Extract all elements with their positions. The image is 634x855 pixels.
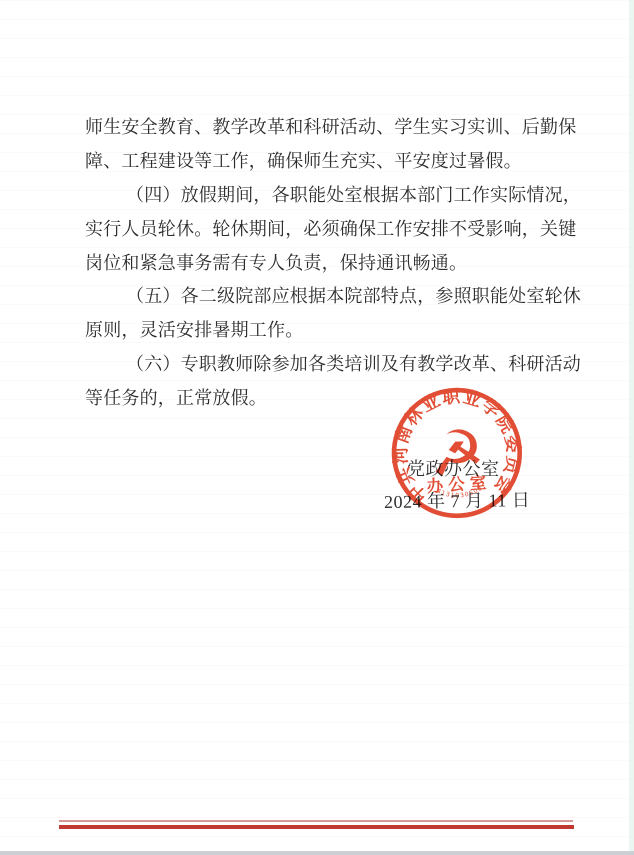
footer-rule-dark (59, 825, 574, 829)
page-right-edge-shadow (629, 0, 634, 855)
text-line: 岗位和紧急事务需有专人负责，保持通讯畅通。 (85, 247, 567, 281)
text-line: 师生安全教育、教学改革和科研活动、学生实习实训、后勤保 (85, 111, 567, 145)
text-line: （六）专职教师除参加各类培训及有教学改革、科研活动 (85, 348, 567, 382)
text-line: （四）放假期间，各职能处室根据本部门工作实际情况， (85, 179, 567, 213)
text-line: 原则，灵活安排暑期工作。 (85, 314, 567, 348)
official-seal: 中共河南林业职业学院委员会 ☭ 办公室 41310305088 (383, 381, 530, 528)
text-line: 障、工程建设等工作，确保师生充实、平安度过暑假。 (85, 145, 567, 179)
body-text: 师生安全教育、教学改革和科研活动、学生实习实训、后勤保 障、工程建设等工作，确保… (85, 111, 567, 416)
text-line: （五）各二级院部应根据本院部特点，参照职能处室轮休 (85, 280, 567, 314)
page-bottom-edge-shadow (0, 851, 634, 855)
footer-rule-light (59, 820, 573, 822)
document-page: 师生安全教育、教学改革和科研活动、学生实习实训、后勤保 障、工程建设等工作，确保… (0, 0, 634, 855)
text-line: 实行人员轮休。轮休期间，必须确保工作安排不受影响，关键 (85, 213, 567, 247)
